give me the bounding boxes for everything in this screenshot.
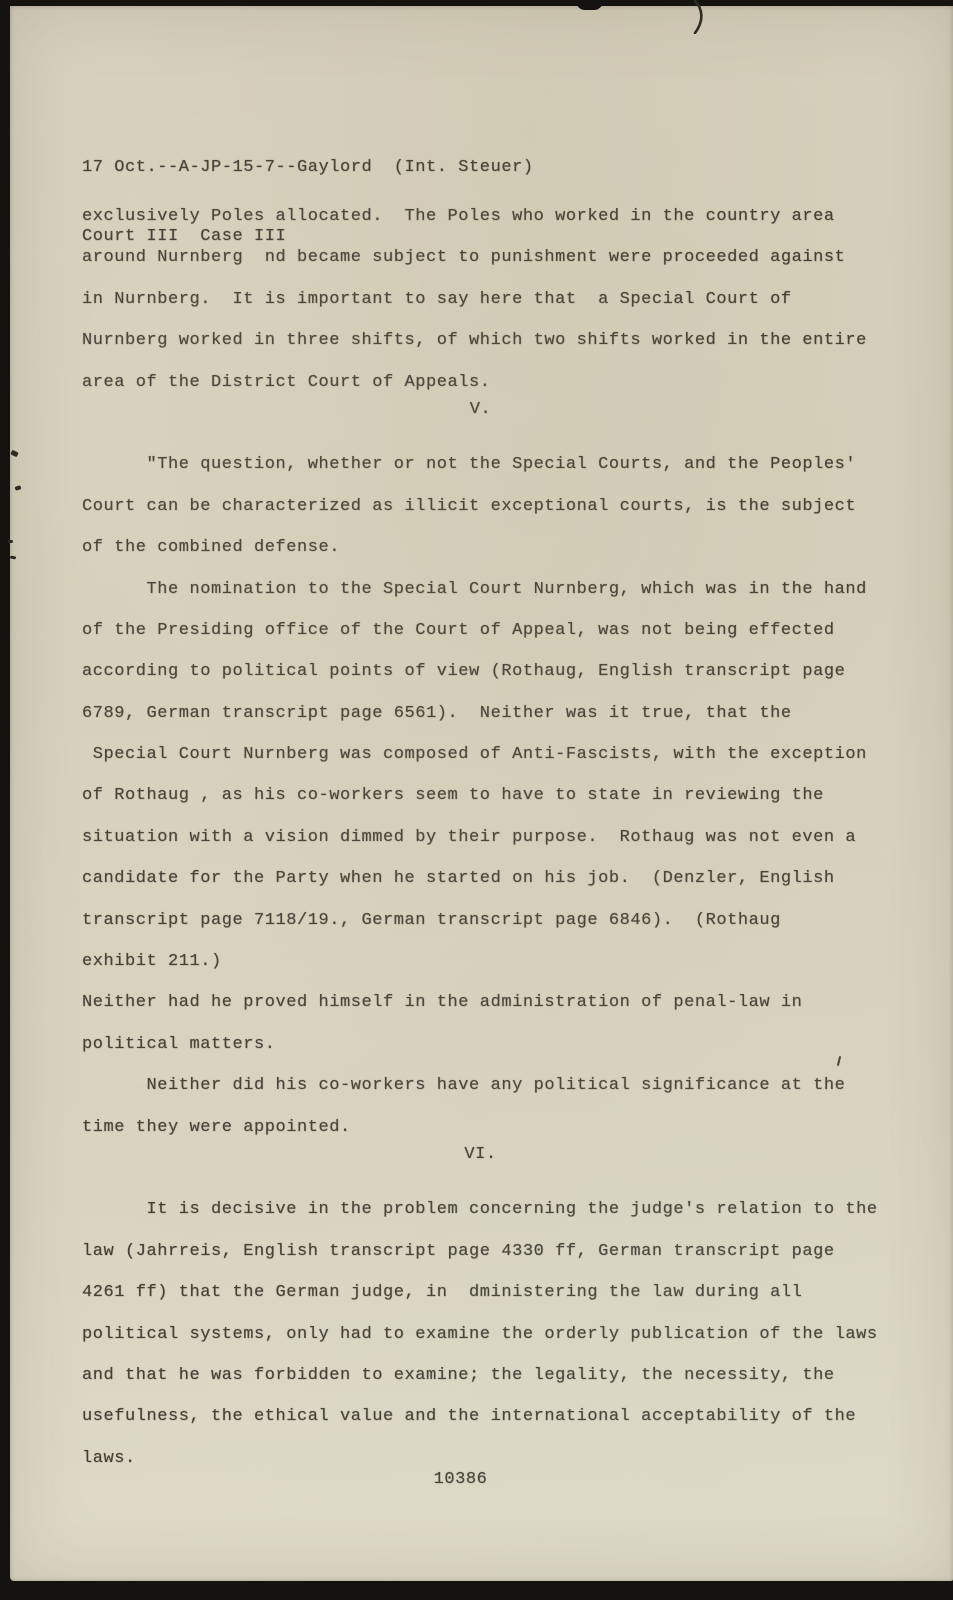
text-line: It is decisive in the problem concerning… xyxy=(82,1199,917,1240)
text-line: of Rothaug , as his co-workers seem to h… xyxy=(82,785,917,826)
section-heading: V. xyxy=(82,399,917,440)
text-line: law (Jahrreis, English transcript page 4… xyxy=(82,1241,917,1282)
text-line: "The question, whether or not the Specia… xyxy=(82,454,917,495)
text-line: usefulness, the ethical value and the in… xyxy=(82,1406,917,1447)
text-line: of the Presiding office of the Court of … xyxy=(82,620,917,661)
text-line: Neither did his co-workers have any poli… xyxy=(82,1075,917,1116)
page-number: 10386 xyxy=(82,1469,917,1510)
text-line: 6789, German transcript page 6561). Neit… xyxy=(82,703,917,744)
text-line: Special Court Nurnberg was composed of A… xyxy=(82,744,917,785)
text-line: exhibit 211.) xyxy=(82,951,917,992)
text-line: of the combined defense. xyxy=(82,537,917,578)
text-line: transcript page 7118/19., German transcr… xyxy=(82,910,917,951)
text-line: political systems, only had to examine t… xyxy=(82,1324,917,1365)
paper-sheet: 17 Oct.--A-JP-15-7--Gaylord (Int. Steuer… xyxy=(10,6,953,1581)
text-line: and that he was forbidden to examine; th… xyxy=(82,1365,917,1406)
text-line: Nurnberg worked in three shifts, of whic… xyxy=(82,330,917,371)
text-line: Court can be characterized as illicit ex… xyxy=(82,496,917,537)
text-line: candidate for the Party when he started … xyxy=(82,868,917,909)
text-line: in Nurnberg. It is important to say here… xyxy=(82,289,917,330)
pen-mark xyxy=(688,0,712,34)
text-line: The nomination to the Special Court Nurn… xyxy=(82,579,917,620)
text-line: exclusively Poles allocated. The Poles w… xyxy=(82,206,917,247)
text-line: around Nurnberg nd became subject to pun… xyxy=(82,247,917,288)
text-line: 4261 ff) that the German judge, in dmini… xyxy=(82,1282,917,1323)
text-line: according to political points of view (R… xyxy=(82,661,917,702)
section-heading: VI. xyxy=(82,1144,917,1185)
ink-speck xyxy=(8,540,13,543)
document-lines: exclusively Poles allocated. The Poles w… xyxy=(82,206,917,1511)
text-line: Neither had he proved himself in the adm… xyxy=(82,992,917,1033)
ink-notch xyxy=(576,0,603,10)
text-line: situation with a vision dimmed by their … xyxy=(82,827,917,868)
text-line: political matters. xyxy=(82,1034,917,1075)
header-line-1: 17 Oct.--A-JP-15-7--Gaylord (Int. Steuer… xyxy=(82,156,534,179)
scanned-page-background: 17 Oct.--A-JP-15-7--Gaylord (Int. Steuer… xyxy=(0,0,953,1600)
